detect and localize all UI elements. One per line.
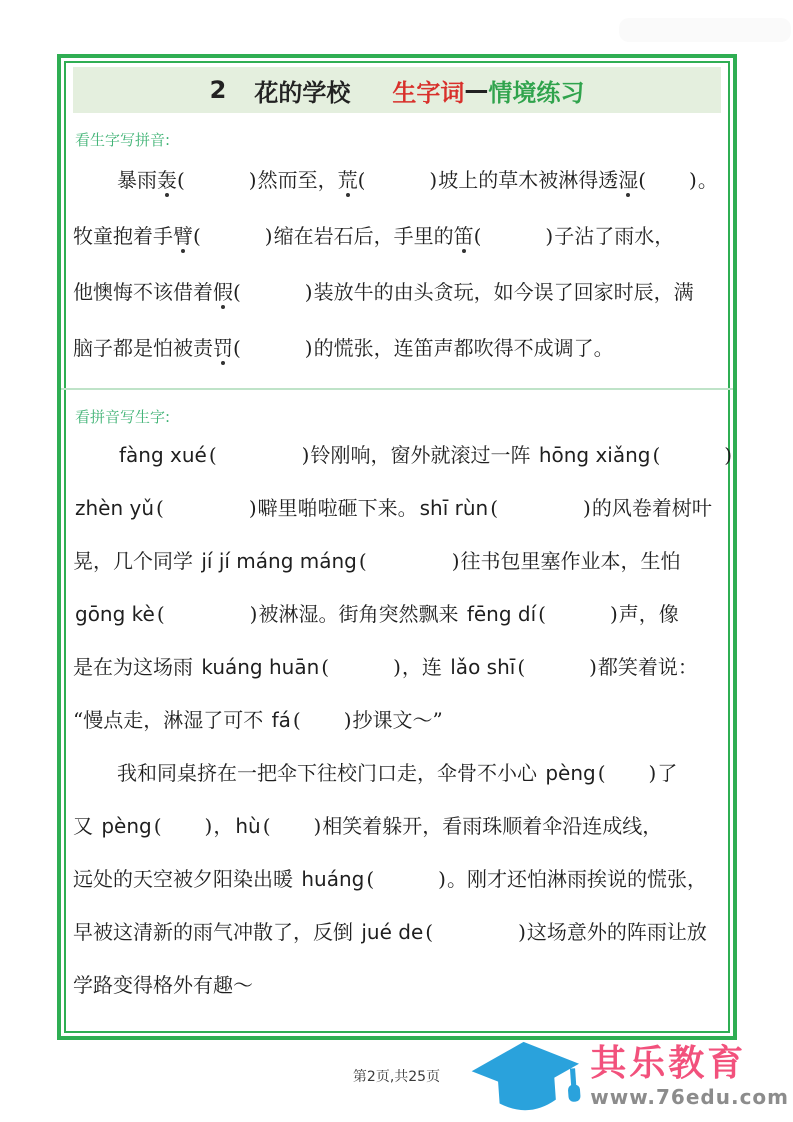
pinyin-text: hōng xiǎng: [539, 443, 651, 467]
graduation-cap-icon: [470, 1036, 587, 1122]
chinese-text: 脑子都是怕被责: [73, 336, 213, 360]
lesson-title: 花的学校: [254, 73, 350, 108]
chinese-text: “慢点走，淋湿了可不: [73, 708, 270, 732]
answer-blank: ( ): [209, 443, 311, 467]
chinese-text: 是在为这场雨: [73, 655, 199, 679]
pinyin-text: lǎo shī: [450, 655, 515, 679]
pinyin-text: fēng dí: [467, 602, 536, 626]
answer-blank: ( ): [154, 814, 214, 838]
answer-blank: ( ): [193, 224, 274, 248]
answer-blank: ( ): [321, 655, 402, 679]
section-body: fàng xué( )铃刚响，窗外就滚过一阵 hōng xiǎng( )，zhè…: [73, 429, 721, 1012]
chinese-text: 又: [73, 814, 99, 838]
answer-blank: ( ): [474, 224, 555, 248]
brand-url: www.76edu.com: [590, 1085, 789, 1109]
chinese-text: 坡上的草木被淋得透: [438, 168, 618, 192]
emphasized-char: 轰: [157, 168, 177, 192]
brand-text: 其乐教育 www.76edu.com: [590, 1040, 789, 1109]
text-line: 学路变得格外有趣～: [73, 959, 721, 1012]
text-line: fàng xué( )铃刚响，窗外就滚过一阵 hōng xiǎng( )，: [73, 429, 721, 482]
chinese-text: 往书包里塞作业本，生怕: [461, 549, 681, 573]
pinyin-text: pèng: [545, 761, 595, 785]
title-dash: —: [464, 76, 488, 104]
pinyin-text: zhèn yǔ: [75, 496, 154, 520]
chinese-text: 远处的天空被夕阳染出暖: [73, 867, 299, 891]
answer-blank: ( ): [638, 168, 698, 192]
section-write-pinyin: 看生字写拼音: 暴雨轰( )然而至，荒( )坡上的草木被淋得透湿( )。牧童抱着…: [73, 129, 721, 376]
worksheet-frame: 2 花的学校 生字词 — 情境练习 看生字写拼音: 暴雨轰( )然而至，荒( )…: [57, 54, 737, 1040]
answer-blank: ( ): [652, 443, 733, 467]
pinyin-text: jí jí máng máng: [201, 549, 357, 573]
chinese-text: 缩在岩石后，手里的: [274, 224, 454, 248]
chinese-text: 他懊悔不该借着: [73, 280, 213, 304]
chinese-text: 暴雨: [117, 168, 157, 192]
chinese-text: 早被这清新的雨气冲散了，反倒: [73, 920, 359, 944]
section-divider: [61, 388, 733, 390]
text-line: 我和同桌挤在一把伞下往校门口走，伞骨不小心 pèng( )了: [73, 747, 721, 800]
pinyin-text: gōng kè: [75, 602, 155, 626]
chinese-text: 的风卷着树叶: [592, 496, 712, 520]
answer-blank: ( ): [156, 496, 258, 520]
chinese-text: 学路变得格外有趣～: [73, 973, 253, 997]
chinese-text: 然而至，: [258, 168, 338, 192]
chinese-text: 都笑着说：: [598, 655, 698, 679]
chinese-text: 装放牛的由头贪玩，如今误了回家时辰，满: [314, 280, 694, 304]
text-line: 暴雨轰( )然而至，荒( )坡上的草木被淋得透湿( )。: [73, 152, 721, 208]
chinese-text: ，: [733, 443, 737, 467]
pinyin-text: pèng: [101, 814, 151, 838]
pinyin-text: fá: [272, 708, 291, 732]
pinyin-text: hù: [235, 814, 260, 838]
pinyin-text: jué de: [361, 920, 423, 944]
title-subtitle: 情境练习: [488, 73, 584, 108]
section-label: 看生字写拼音:: [75, 129, 721, 150]
answer-blank: ( ): [366, 867, 447, 891]
title-highlight: 生字词: [392, 73, 464, 108]
chinese-text: 。刚才还怕淋雨挨说的慌张，: [447, 867, 707, 891]
section-body: 暴雨轰( )然而至，荒( )坡上的草木被淋得透湿( )。牧童抱着手臂( )缩在岩…: [73, 152, 721, 376]
emphasized-char: 笛: [454, 224, 474, 248]
pinyin-text: kuáng huān: [201, 655, 319, 679]
emphasized-char: 假: [213, 280, 233, 304]
pinyin-text: huáng: [301, 867, 364, 891]
chinese-text: 铃刚响，窗外就滚过一阵: [310, 443, 536, 467]
answer-blank: ( ): [358, 168, 439, 192]
chinese-text: 噼里啪啦砸下来。: [258, 496, 418, 520]
chinese-text: ，: [213, 814, 233, 838]
chinese-text: 了: [657, 761, 677, 785]
answer-blank: ( ): [233, 280, 314, 304]
answer-blank: ( ): [233, 336, 314, 360]
page-edge-shadow: [619, 18, 791, 42]
chinese-text: 我和同桌挤在一把伞下往校门口走，伞骨不小心: [117, 761, 543, 785]
answer-blank: ( ): [425, 920, 527, 944]
answer-blank: ( ): [157, 602, 259, 626]
answer-blank: ( ): [598, 761, 658, 785]
brand-logo: 其乐教育 www.76edu.com: [472, 1040, 789, 1122]
answer-blank: ( ): [538, 602, 619, 626]
emphasized-char: 荒: [338, 168, 358, 192]
pinyin-text: fàng xué: [119, 443, 207, 467]
text-line: zhèn yǔ( )噼里啪啦砸下来。shī rùn( )的风卷着树叶: [73, 482, 721, 535]
chinese-text: ，连: [402, 655, 448, 679]
answer-blank: ( ): [177, 168, 258, 192]
text-line: “慢点走，淋湿了可不 fá( )抄课文～”: [73, 694, 721, 747]
chinese-text: 子沾了雨水，: [554, 224, 674, 248]
chinese-text: 。: [698, 168, 718, 192]
text-line: 远处的天空被夕阳染出暖 huáng( )。刚才还怕淋雨挨说的慌张，: [73, 853, 721, 906]
chinese-text: 声，像: [619, 602, 679, 626]
text-line: 他懊悔不该借着假( )装放牛的由头贪玩，如今误了回家时辰，满: [73, 264, 721, 320]
text-line: 是在为这场雨 kuáng huān( )，连 lǎo shī( )都笑着说：: [73, 641, 721, 694]
chinese-text: 这场意外的阵雨让放: [527, 920, 707, 944]
pinyin-text: shī rùn: [420, 496, 489, 520]
chinese-text: 被淋湿。街角突然飘来: [258, 602, 464, 626]
chinese-text: 晃，几个同学: [73, 549, 199, 573]
text-line: 脑子都是怕被责罚( )的慌张，连笛声都吹得不成调了。: [73, 320, 721, 376]
chinese-text: 相笑着躲开，看雨珠顺着伞沿连成线，: [322, 814, 662, 838]
answer-blank: ( ): [293, 708, 353, 732]
title-bar: 2 花的学校 生字词 — 情境练习: [73, 67, 721, 113]
lesson-number: 2: [210, 76, 227, 104]
emphasized-char: 湿: [618, 168, 638, 192]
text-line: 又 pèng( )，hù( )相笑着躲开，看雨珠顺着伞沿连成线，: [73, 800, 721, 853]
text-line: 早被这清新的雨气冲散了，反倒 jué de( )这场意外的阵雨让放: [73, 906, 721, 959]
text-line: 牧童抱着手臂( )缩在岩石后，手里的笛( )子沾了雨水，: [73, 208, 721, 264]
chinese-text: 牧童抱着手: [73, 224, 173, 248]
emphasized-char: 臂: [173, 224, 193, 248]
answer-blank: ( ): [263, 814, 323, 838]
section-label: 看拼音写生字:: [75, 406, 721, 427]
section-write-characters: 看拼音写生字: fàng xué( )铃刚响，窗外就滚过一阵 hōng xiǎn…: [73, 406, 721, 1012]
brand-name: 其乐教育: [590, 1046, 789, 1082]
answer-blank: ( ): [517, 655, 598, 679]
emphasized-char: 罚: [213, 336, 233, 360]
answer-blank: ( ): [490, 496, 592, 520]
answer-blank: ( ): [359, 549, 461, 573]
text-line: 晃，几个同学 jí jí máng máng( )往书包里塞作业本，生怕: [73, 535, 721, 588]
chinese-text: 的慌张，连笛声都吹得不成调了。: [314, 336, 614, 360]
text-line: gōng kè( )被淋湿。街角突然飘来 fēng dí( )声，像: [73, 588, 721, 641]
chinese-text: 抄课文～”: [353, 708, 443, 732]
